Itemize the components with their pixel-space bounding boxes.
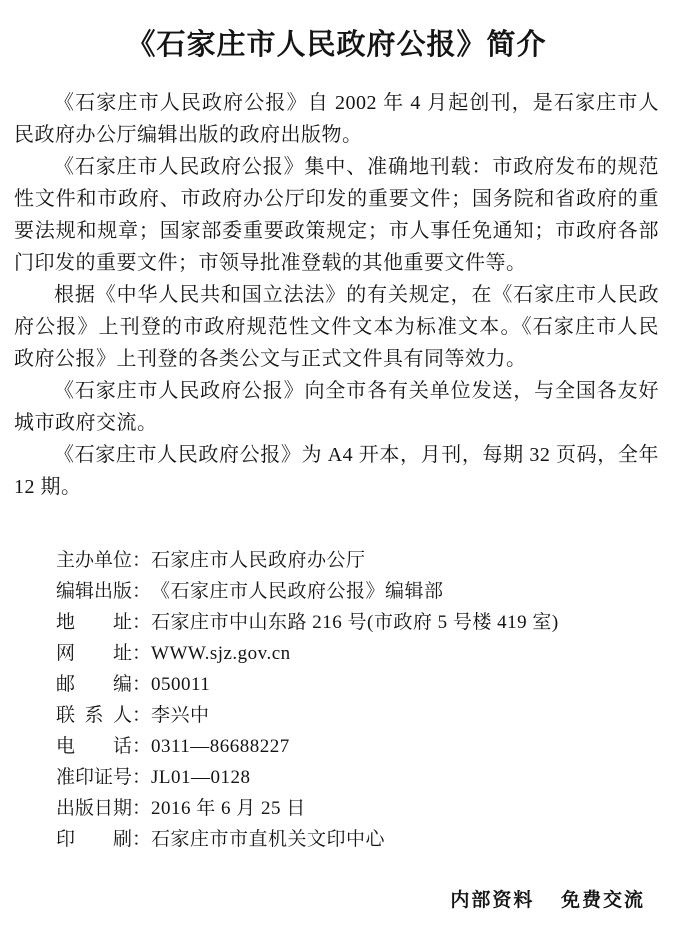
paragraph-contents: 《石家庄市人民政府公报》集中、准确地刊载：市政府发布的规范性文件和市政府、市政府… [14, 151, 659, 279]
info-label: 准印证号 [56, 762, 132, 793]
paragraph-format: 《石家庄市人民政府公报》为 A4 开本，月刊，每期 32 页码，全年 12 期。 [14, 439, 659, 503]
info-row-phone: 电话：0311—86688227 [56, 731, 659, 762]
info-colon: ： [132, 731, 151, 762]
info-colon: ： [132, 638, 151, 669]
gazette-intro-page: 《石家庄市人民政府公报》简介 《石家庄市人民政府公报》自 2002 年 4 月起… [0, 0, 673, 936]
info-label: 印刷 [56, 824, 132, 855]
info-row-contact: 联系人：李兴中 [56, 700, 659, 731]
info-label: 编辑出版 [56, 576, 132, 607]
info-value: 《石家庄市人民政府公报》编辑部 [151, 581, 444, 602]
paragraph-founding: 《石家庄市人民政府公报》自 2002 年 4 月起创刊，是石家庄市人民政府办公厅… [14, 87, 659, 151]
intro-paragraphs: 《石家庄市人民政府公报》自 2002 年 4 月起创刊，是石家庄市人民政府办公厅… [14, 87, 659, 503]
info-colon: ： [132, 793, 151, 824]
info-value: 石家庄市市直机关文印中心 [151, 829, 385, 850]
info-label: 邮编 [56, 669, 132, 700]
info-row-pubdate: 出版日期：2016 年 6 月 25 日 [56, 793, 659, 824]
info-colon: ： [132, 545, 151, 576]
info-label: 网址 [56, 638, 132, 669]
info-label: 地址 [56, 607, 132, 638]
footer-tag-free-exchange: 免费交流 [561, 890, 645, 911]
info-row-printer: 印刷：石家庄市市直机关文印中心 [56, 824, 659, 855]
info-row-license: 准印证号：JL01—0128 [56, 762, 659, 793]
publication-info-list: 主办单位：石家庄市人民政府办公厅 编辑出版：《石家庄市人民政府公报》编辑部 地址… [56, 545, 659, 855]
info-row-organizer: 主办单位：石家庄市人民政府办公厅 [56, 545, 659, 576]
info-label: 出版日期 [56, 793, 132, 824]
info-colon: ： [132, 824, 151, 855]
info-colon: ： [132, 762, 151, 793]
info-label: 电话 [56, 731, 132, 762]
info-value: JL01—0128 [151, 767, 251, 788]
info-row-postcode: 邮编：050011 [56, 669, 659, 700]
info-colon: ： [132, 607, 151, 638]
info-value: 石家庄市人民政府办公厅 [151, 550, 366, 571]
info-row-website: 网址：WWW.sjz.gov.cn [56, 638, 659, 669]
info-value: 050011 [151, 674, 210, 695]
info-value: WWW.sjz.gov.cn [151, 643, 291, 664]
info-row-address: 地址：石家庄市中山东路 216 号(市政府 5 号楼 419 室) [56, 607, 659, 638]
info-row-publisher: 编辑出版：《石家庄市人民政府公报》编辑部 [56, 576, 659, 607]
info-label: 主办单位 [56, 545, 132, 576]
paragraph-legal-status: 根据《中华人民共和国立法法》的有关规定，在《石家庄市人民政府公报》上刊登的市政府… [14, 279, 659, 375]
footer-note: 内部资料免费交流 [14, 885, 659, 918]
paragraph-distribution: 《石家庄市人民政府公报》向全市各有关单位发送，与全国各友好城市政府交流。 [14, 375, 659, 439]
info-colon: ： [132, 576, 151, 607]
info-value: 0311—86688227 [151, 736, 290, 757]
info-colon: ： [132, 669, 151, 700]
info-value: 李兴中 [151, 705, 210, 726]
page-title: 《石家庄市人民政府公报》简介 [14, 28, 659, 63]
info-value: 石家庄市中山东路 216 号(市政府 5 号楼 419 室) [151, 612, 559, 633]
footer-tag-internal-material: 内部资料 [450, 890, 534, 911]
info-value: 2016 年 6 月 25 日 [151, 798, 306, 819]
info-colon: ： [132, 700, 151, 731]
info-label: 联系人 [56, 700, 132, 731]
